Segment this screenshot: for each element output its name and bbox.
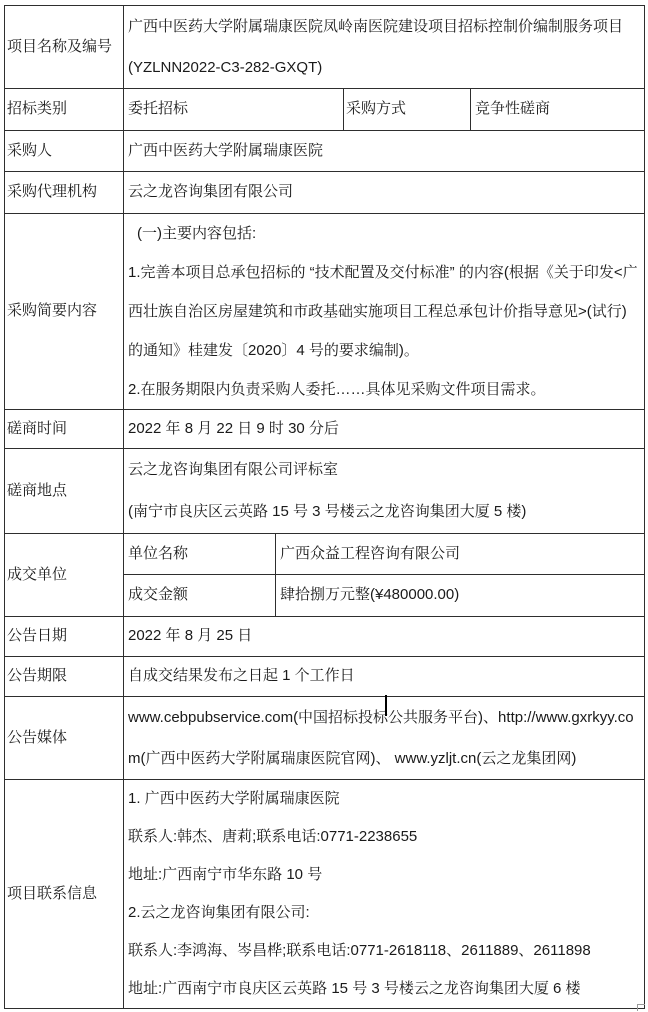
winning-amount-value: 肆拾捌万元整(¥480000.00) — [276, 575, 645, 617]
announcement-period-value: 自成交结果发布之日起 1 个工作日 — [124, 657, 645, 697]
purchaser-value: 广西中医药大学附属瑞康医院 — [124, 131, 645, 172]
row-negotiation-place: 磋商地点 云之龙咨询集团有限公司评标室 (南宁市良庆区云英路 15 号 3 号楼… — [5, 449, 645, 534]
procurement-method-value: 竞争性磋商 — [471, 89, 645, 131]
row-negotiation-time: 磋商时间 2022 年 8 月 22 日 9 时 30 分后 — [5, 410, 645, 449]
row-procurement-summary: 采购简要内容 (一)主要内容包括: 1.完善本项目总承包招标的 “技术配置及交付… — [5, 214, 645, 410]
row-announcement-media: 公告媒体 www.cebpubservice.com(中国招标投标公共服务平台)… — [5, 697, 645, 780]
contact-line-2: 联系人:韩杰、唐莉;联系电话:0771-2238655 — [128, 818, 640, 856]
procurement-announcement-table: 项目名称及编号 广西中医药大学附属瑞康医院凤岭南医院建设项目招标控制价编制服务项… — [4, 5, 645, 1009]
announcement-period-label: 公告期限 — [5, 657, 124, 697]
negotiation-place-value-cell: 云之龙咨询集团有限公司评标室 (南宁市良庆区云英路 15 号 3 号楼云之龙咨询… — [124, 449, 645, 534]
row-project-name: 项目名称及编号 广西中医药大学附属瑞康医院凤岭南医院建设项目招标控制价编制服务项… — [5, 6, 645, 89]
contact-line-6: 地址:广西南宁市良庆区云英路 15 号 3 号楼云之龙咨询集团大厦 6 楼 — [128, 970, 640, 1008]
row-procurement-agency: 采购代理机构 云之龙咨询集团有限公司 — [5, 172, 645, 214]
contact-line-1: 1. 广西中医药大学附属瑞康医院 — [128, 780, 640, 818]
project-contacts-label: 项目联系信息 — [5, 780, 124, 1009]
negotiation-place-label: 磋商地点 — [5, 449, 124, 534]
procurement-agency-label: 采购代理机构 — [5, 172, 124, 214]
tender-category-label: 招标类别 — [5, 89, 124, 131]
purchaser-label: 采购人 — [5, 131, 124, 172]
negotiation-time-value: 2022 年 8 月 22 日 9 时 30 分后 — [124, 410, 645, 449]
summary-paragraph-3: 2.在服务期限内负责采购人委托……具体见采购文件项目需求。 — [128, 370, 640, 409]
tender-category-value: 委托招标 — [124, 89, 344, 131]
negotiation-place-line-2: (南宁市良庆区云英路 15 号 3 号楼云之龙咨询集团大厦 5 楼) — [128, 491, 640, 533]
winning-amount-label: 成交金额 — [124, 575, 276, 617]
announcement-date-value: 2022 年 8 月 25 日 — [124, 617, 645, 657]
negotiation-time-label: 磋商时间 — [5, 410, 124, 449]
summary-paragraph-1: (一)主要内容包括: — [128, 214, 640, 253]
supplier-name-value: 广西众益工程咨询有限公司 — [276, 534, 645, 575]
project-name-value: 广西中医药大学附属瑞康医院凤岭南医院建设项目招标控制价编制服务项目 (YZLNN… — [128, 6, 640, 88]
project-name-value-cell: 广西中医药大学附属瑞康医院凤岭南医院建设项目招标控制价编制服务项目 (YZLNN… — [124, 6, 645, 89]
procurement-agency-value: 云之龙咨询集团有限公司 — [124, 172, 645, 214]
procurement-summary-label: 采购简要内容 — [5, 214, 124, 410]
announcement-media-label: 公告媒体 — [5, 697, 124, 780]
project-contacts-value-cell: 1. 广西中医药大学附属瑞康医院 联系人:韩杰、唐莉;联系电话:0771-223… — [124, 780, 645, 1009]
announcement-date-label: 公告日期 — [5, 617, 124, 657]
winning-supplier-label: 成交单位 — [5, 534, 124, 617]
contact-line-4: 2.云之龙咨询集团有限公司: — [128, 894, 640, 932]
project-name-label: 项目名称及编号 — [5, 6, 124, 89]
negotiation-place-line-1: 云之龙咨询集团有限公司评标室 — [128, 449, 640, 491]
row-announcement-period: 公告期限 自成交结果发布之日起 1 个工作日 — [5, 657, 645, 697]
procurement-method-label: 采购方式 — [344, 89, 471, 131]
row-purchaser: 采购人 广西中医药大学附属瑞康医院 — [5, 131, 645, 172]
corner-mark — [637, 1004, 645, 1011]
procurement-summary-value-cell: (一)主要内容包括: 1.完善本项目总承包招标的 “技术配置及交付标准” 的内容… — [124, 214, 645, 410]
supplier-name-label: 单位名称 — [124, 534, 276, 575]
row-tender-category: 招标类别 委托招标 采购方式 竞争性磋商 — [5, 89, 645, 131]
text-cursor — [385, 695, 387, 716]
summary-paragraph-2: 1.完善本项目总承包招标的 “技术配置及交付标准” 的内容(根据《关于印发<广西… — [128, 253, 640, 370]
row-project-contacts: 项目联系信息 1. 广西中医药大学附属瑞康医院 联系人:韩杰、唐莉;联系电话:0… — [5, 780, 645, 1009]
contact-line-5: 联系人:李鸿海、岑昌桦;联系电话:0771-2618118、2611889、26… — [128, 932, 640, 970]
contact-line-3: 地址:广西南宁市华东路 10 号 — [128, 856, 640, 894]
row-winning-supplier-name: 成交单位 单位名称 广西众益工程咨询有限公司 — [5, 534, 645, 575]
row-announcement-date: 公告日期 2022 年 8 月 25 日 — [5, 617, 645, 657]
